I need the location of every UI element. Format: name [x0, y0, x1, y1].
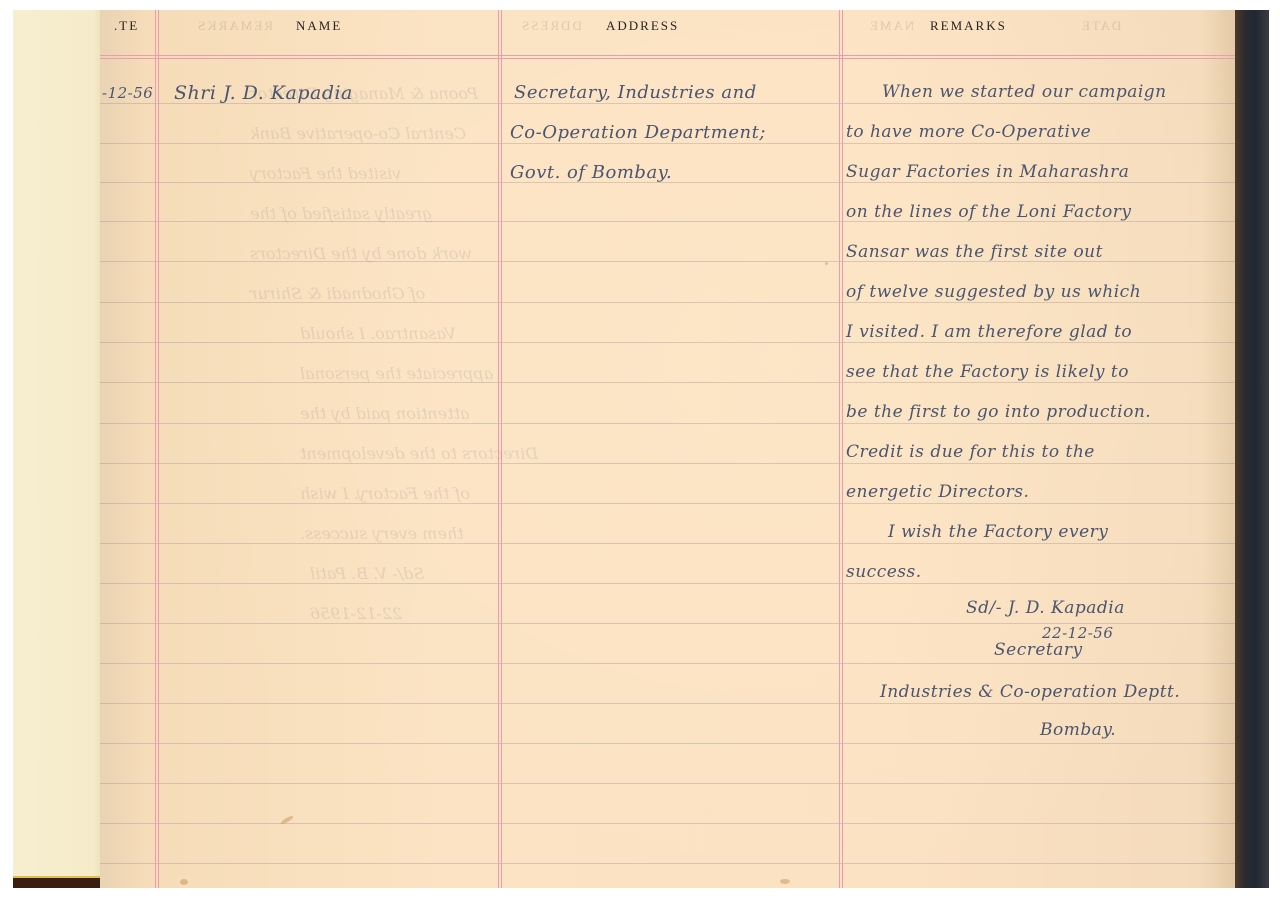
signature-department: Industries & Co-operation Deptt.: [880, 682, 1180, 702]
header-date: .TE: [114, 18, 139, 34]
signature: Sd/- J. D. Kapadia: [966, 598, 1125, 618]
remarks-line: be the first to go into production.: [846, 402, 1151, 422]
date-column-divider-2: [158, 10, 159, 888]
signature-title: Secretary: [994, 640, 1083, 660]
header-address: ADDRESS: [606, 18, 679, 34]
address-line: Co-Operation Department;: [510, 122, 766, 143]
remarks-line: I visited. I am therefore glad to: [846, 322, 1132, 342]
remarks-line: Sansar was the first site out: [846, 242, 1103, 262]
header-remarks: REMARKS: [930, 18, 1007, 34]
header-rule-top: [100, 55, 1235, 56]
book-spine: [1235, 10, 1269, 888]
signature-place: Bombay.: [1040, 720, 1116, 740]
remarks-line: on the lines of the Loni Factory: [846, 202, 1131, 222]
remarks-line: When we started our campaign: [882, 82, 1167, 102]
entry-date: -12-56: [102, 84, 153, 102]
remarks-line: Sugar Factories in Maharashra: [846, 162, 1129, 182]
remarks-line: energetic Directors.: [846, 482, 1029, 502]
address-column-divider-2: [842, 10, 843, 888]
address-line: Govt. of Bombay.: [510, 162, 672, 183]
ghost-header-date: DATE: [1080, 18, 1121, 34]
address-column-divider: [839, 10, 840, 888]
remarks-line: success.: [846, 562, 922, 582]
date-column-divider: [155, 10, 156, 888]
remarks-line: to have more Co-Operative: [846, 122, 1091, 142]
facing-page-edge: [13, 10, 113, 886]
remarks-line: I wish the Factory every: [888, 522, 1108, 542]
ghost-header-name: NAME: [868, 18, 914, 34]
remarks-line: of twelve suggested by us which: [846, 282, 1141, 302]
header-rule-bottom: [100, 58, 1235, 59]
remarks-line: Credit is due for this to the: [846, 442, 1095, 462]
address-line: Secretary, Industries and: [514, 82, 757, 103]
entry-name: Shri J. D. Kapadia: [174, 82, 353, 104]
header-name: NAME: [296, 18, 342, 34]
remarks-line: see that the Factory is likely to: [846, 362, 1129, 382]
ghost-header-address: DDRESS: [520, 18, 582, 34]
book-cover-edge: [13, 876, 113, 888]
ghost-header-remarks: REMARKS: [196, 18, 273, 34]
